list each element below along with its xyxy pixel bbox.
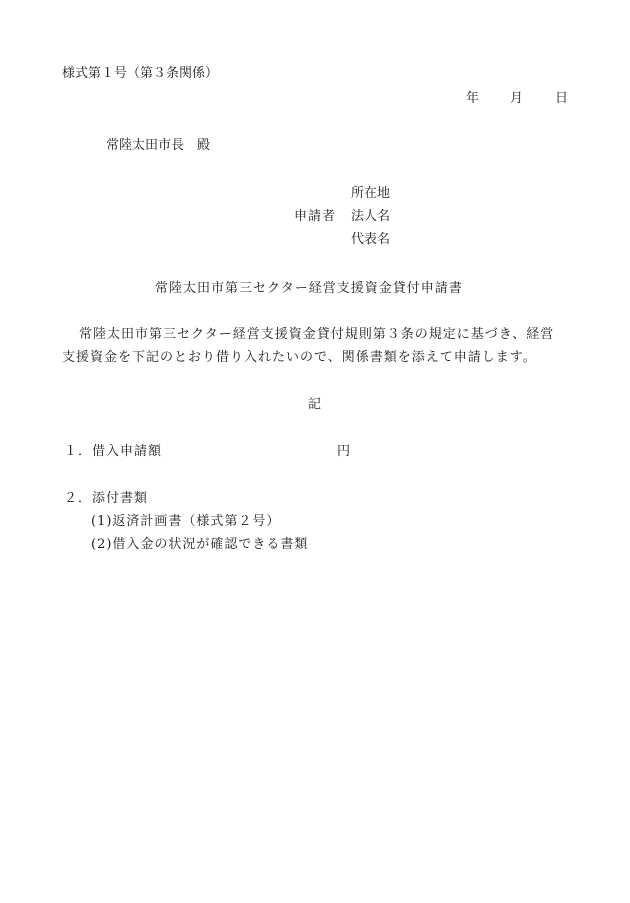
representative-label: 代表名 — [351, 232, 390, 248]
addressee: 常陸太田市長 殿 — [106, 138, 210, 154]
item-2-label: ２．添付書類 — [64, 491, 148, 507]
item-1-unit: 円 — [337, 444, 350, 460]
item-2-sub-1: (1)返済計画書（様式第２号） — [91, 514, 280, 530]
item-1-label: １．借入申請額 — [64, 444, 162, 460]
item-2-sub-2: (2)借入金の状況が確認できる書類 — [91, 537, 308, 553]
corp-name-label: 法人名 — [351, 209, 390, 225]
body-line-1: 常陸太田市第三セクター経営支援資金貸付規則第３条の規定に基づき、経営 — [79, 327, 554, 343]
applicant-label: 申請者 — [294, 209, 336, 225]
date-year: 年 — [466, 91, 479, 107]
ki-heading: 記 — [308, 397, 321, 413]
body-line-2: 支援資金を下記のとおり借り入れたいので、関係書類を添えて申請します。 — [62, 350, 537, 366]
document-title: 常陸太田市第三セクター経営支援資金貸付申請書 — [155, 281, 463, 297]
form-number: 様式第１号（第３条関係） — [62, 66, 218, 82]
date-month: 月 — [510, 91, 523, 107]
date-day: 日 — [555, 91, 568, 107]
address-label: 所在地 — [351, 186, 390, 202]
